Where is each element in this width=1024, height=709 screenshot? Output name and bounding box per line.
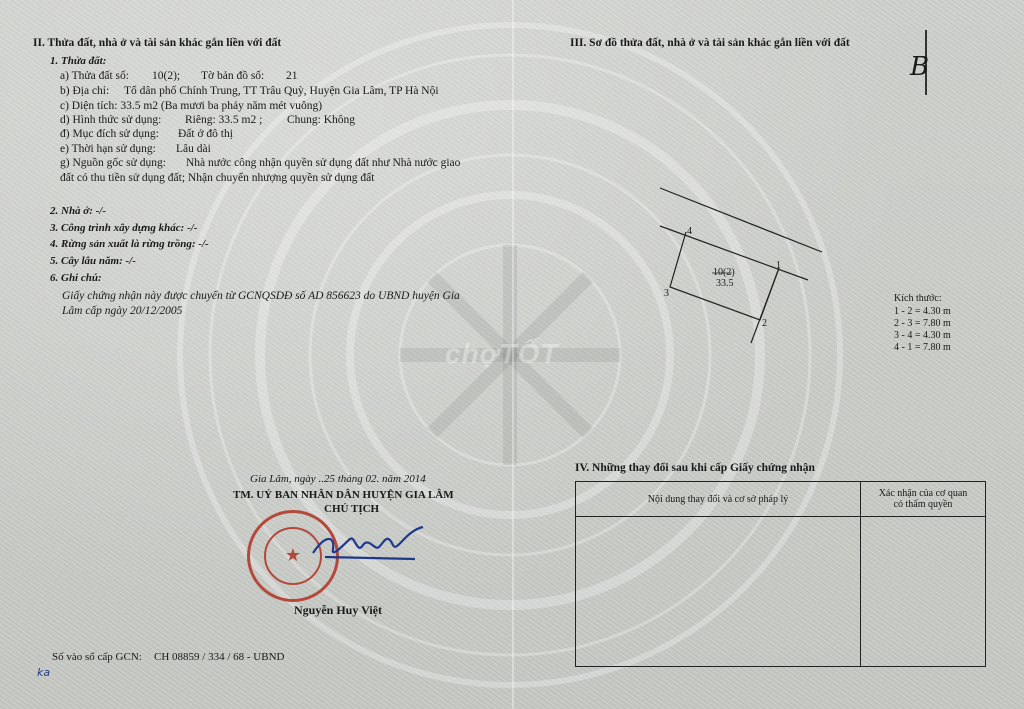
address-label: b) Địa chỉ: xyxy=(60,85,109,97)
section-ii-title: II. Thửa đất, nhà ở và tài sản khác gắn … xyxy=(33,37,281,49)
notes-line-1: Giấy chứng nhận này được chuyển từ GCNQS… xyxy=(62,290,460,302)
vertex-4: 4 xyxy=(687,226,692,237)
handwritten-initials: ka xyxy=(37,666,50,679)
dimension-1-2: 1 - 2 = 4.30 m xyxy=(894,306,951,317)
map-sheet-label: Tờ bản đồ số: xyxy=(201,70,264,82)
chotot-watermark: chợTỐT xyxy=(445,338,558,370)
content-cell xyxy=(576,517,861,667)
vertex-1: 1 xyxy=(776,260,781,271)
notes-heading: 6. Ghi chú: xyxy=(50,272,102,284)
section-iv-title: IV. Những thay đổi sau khi cấp Giấy chứn… xyxy=(575,462,815,474)
dimension-3-4: 3 - 4 = 4.30 m xyxy=(894,330,951,341)
usage-shared: Chung: Không xyxy=(287,114,355,126)
signer-role: CHỦ TỊCH xyxy=(324,503,379,515)
confirmation-cell xyxy=(861,517,986,667)
origin-value-1: Nhà nước công nhận quyền sử dụng đất như… xyxy=(186,157,460,169)
other-works-item: 3. Công trình xây dựng khác: -/- xyxy=(50,222,197,234)
land-heading: 1. Thửa đất: xyxy=(50,55,106,67)
purpose-label: đ) Mục đích sử dụng: xyxy=(60,128,159,140)
address-value: Tổ dân phố Chính Trung, TT Trâu Quỳ, Huy… xyxy=(124,85,439,97)
confirmation-header-line-1: Xác nhận của cơ quan xyxy=(879,488,968,499)
origin-value-2: đất có thu tiền sử dụng đất; Nhận chuyển… xyxy=(60,172,374,184)
term-label: e) Thời hạn sử dụng: xyxy=(60,143,156,155)
origin-label: g) Nguồn gốc sử dụng: xyxy=(60,157,166,169)
dimension-2-3: 2 - 3 = 7.80 m xyxy=(894,318,951,329)
signer-name: Nguyễn Huy Việt xyxy=(294,603,382,618)
usage-private: Riêng: 33.5 m2 ; xyxy=(185,114,262,126)
place-date: Gia Lâm, ngày ..25 tháng 02. năm 2014 xyxy=(250,473,426,485)
perennial-item: 5. Cây lâu năm: -/- xyxy=(50,255,136,267)
plot-area: 33.5 xyxy=(716,278,734,289)
issuing-organization: TM. UỶ BAN NHÂN DÂN HUYỆN GIA LÂM xyxy=(233,489,454,501)
vertex-3: 3 xyxy=(664,288,669,299)
registry-value: CH 08859 / 334 / 68 - UBND xyxy=(154,651,284,663)
registry-label: Số vào sổ cấp GCN: xyxy=(52,651,142,663)
confirmation-header-line-2: có thẩm quyền xyxy=(894,499,953,510)
changes-table: Nội dung thay đổi và cơ sở pháp lý Xác n… xyxy=(575,481,986,667)
area-text: c) Diện tích: 33.5 m2 (Ba mươi ba phảy n… xyxy=(60,100,322,112)
parcel-diagram xyxy=(650,180,850,350)
section-iii-title: III. Sơ đồ thửa đất, nhà ở và tài sản kh… xyxy=(570,37,850,49)
term-value: Lâu dài xyxy=(176,143,211,155)
column-header-content: Nội dung thay đổi và cơ sở pháp lý xyxy=(576,482,861,517)
signature-icon xyxy=(305,525,435,565)
house-item: 2. Nhà ở: -/- xyxy=(50,205,106,217)
plot-id: 10(2) xyxy=(713,267,735,278)
forest-item: 4. Rừng sản xuất là rừng trồng: -/- xyxy=(50,238,209,250)
purpose-value: Đất ở đô thị xyxy=(178,128,233,140)
dimension-4-1: 4 - 1 = 7.80 m xyxy=(894,342,951,353)
column-header-confirmation: Xác nhận của cơ quan có thẩm quyền xyxy=(861,482,986,517)
map-sheet-value: 21 xyxy=(286,70,298,82)
vertex-2: 2 xyxy=(762,318,767,329)
parcel-number-value: 10(2); xyxy=(152,70,180,82)
parcel-number-label: a) Thửa đất số: xyxy=(60,70,129,82)
north-arrow-icon: B xyxy=(910,52,929,82)
notes-line-2: Lâm cấp ngày 20/12/2005 xyxy=(62,305,182,317)
dimensions-heading: Kích thước: xyxy=(894,293,942,304)
usage-form-label: d) Hình thức sử dụng: xyxy=(60,114,161,126)
